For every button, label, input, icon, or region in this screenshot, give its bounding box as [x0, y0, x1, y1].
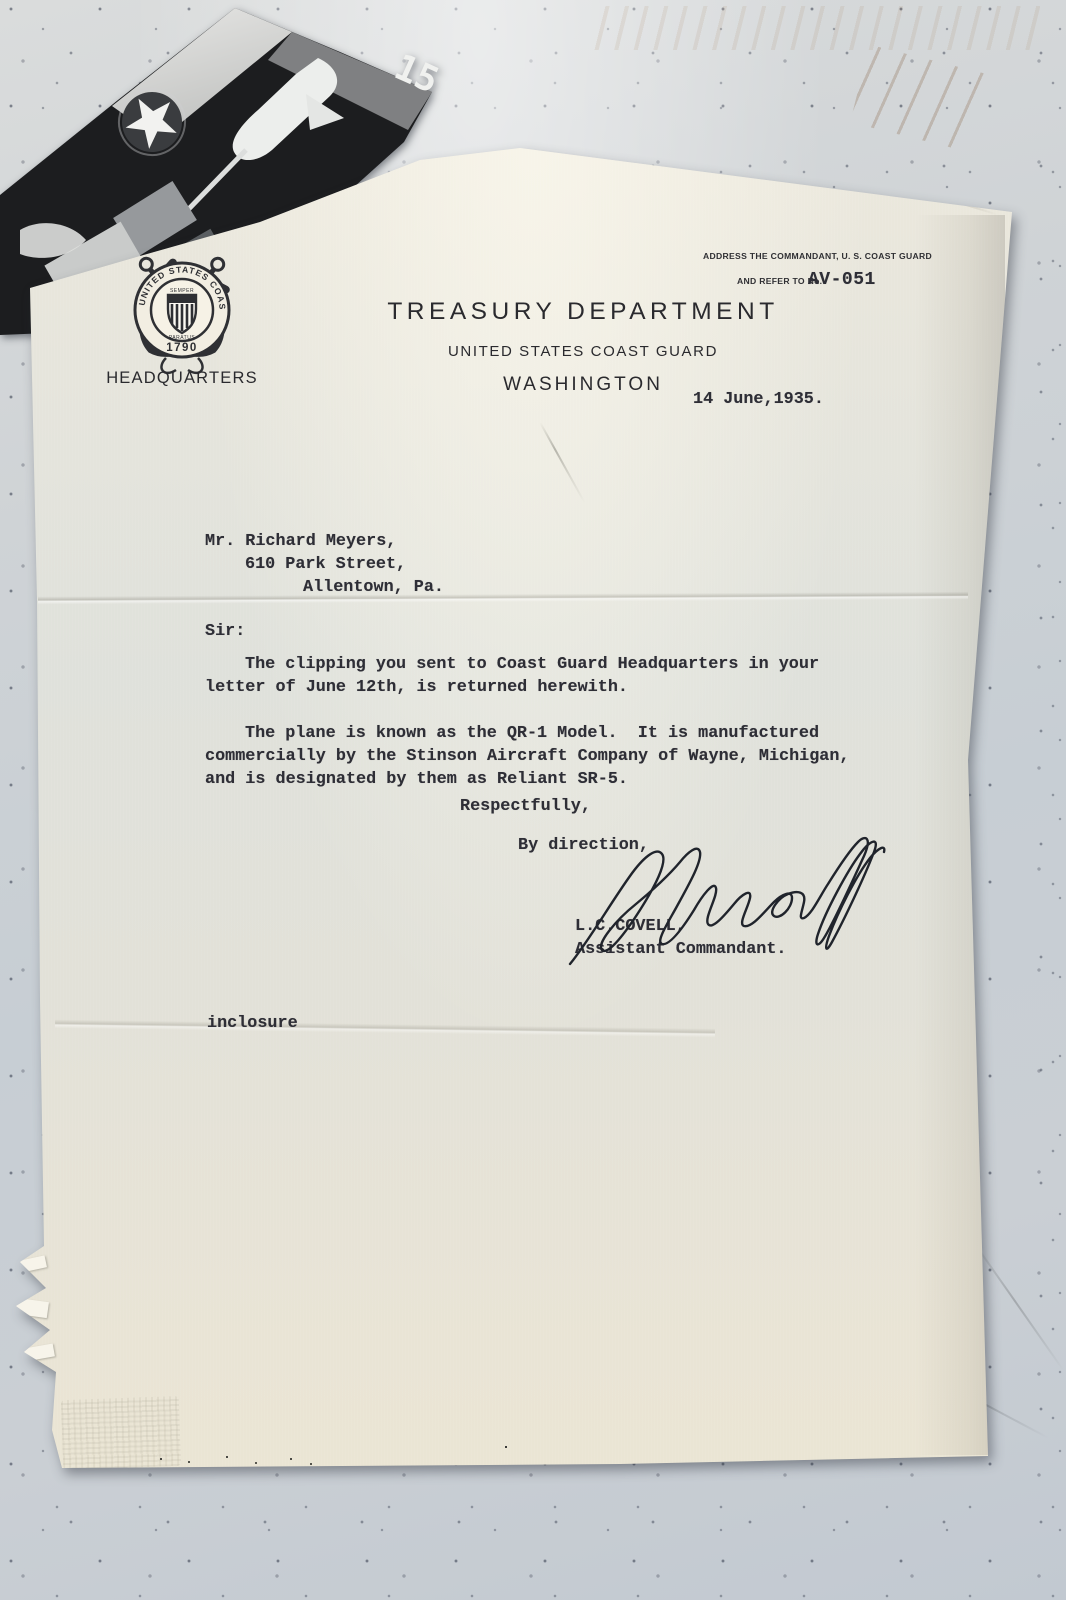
body-line: and is designated by them as Reliant SR-…: [205, 770, 628, 789]
letter-date: 14 June,1935.: [693, 390, 824, 409]
paper-curl-shadow: [915, 215, 1005, 1455]
recipient-line: 610 Park Street,: [245, 555, 406, 574]
body-line: commercially by the Stinson Aircraft Com…: [205, 747, 850, 766]
diagonal-crease: [540, 422, 586, 503]
recipient-line: Allentown, Pa.: [303, 578, 444, 597]
salutation: Sir:: [205, 622, 245, 641]
paper-tear: [19, 1255, 47, 1272]
letter-wrap: ADDRESS THE COMMANDANT, U. S. COAST GUAR…: [0, 0, 1066, 1600]
paper-tear: [15, 1298, 49, 1318]
enclosure-note: inclosure: [207, 1014, 298, 1033]
seal-motto-top: SEMPER: [170, 288, 194, 294]
body-line: letter of June 12th, is returned herewit…: [205, 678, 628, 697]
letterhead-service: UNITED STATES COAST GUARD: [333, 343, 833, 360]
letterhead-department: TREASURY DEPARTMENT: [333, 298, 833, 326]
seal-motto-bottom: PARATUS: [169, 335, 196, 341]
body-line: The clipping you sent to Coast Guard Hea…: [245, 655, 819, 674]
letter-paper: ADDRESS THE COMMANDANT, U. S. COAST GUAR…: [0, 0, 1066, 1600]
body-line: The plane is known as the QR-1 Model. It…: [245, 724, 819, 743]
fold-crease: [38, 592, 968, 605]
ink-specks: [160, 1458, 162, 1460]
paper-tear: [23, 1343, 55, 1361]
recipient-line: Mr. Richard Meyers,: [205, 532, 396, 551]
closing-respectfully: Respectfully,: [460, 797, 591, 816]
corner-crease: [882, 178, 997, 215]
headquarters-label: HEADQUARTERS: [100, 369, 264, 388]
photograph-of-letter: 15 ADDRESS THE COMMANDANT, U. S. COAST G…: [0, 0, 1066, 1600]
stamp-smudge: [61, 1396, 181, 1470]
seal-year: 1790: [166, 342, 198, 354]
signature-ink: [552, 832, 902, 972]
ref-number: AV-051: [808, 270, 876, 290]
fold-crease: [55, 1019, 715, 1037]
ref-address-line: ADDRESS THE COMMANDANT, U. S. COAST GUAR…: [703, 251, 932, 261]
